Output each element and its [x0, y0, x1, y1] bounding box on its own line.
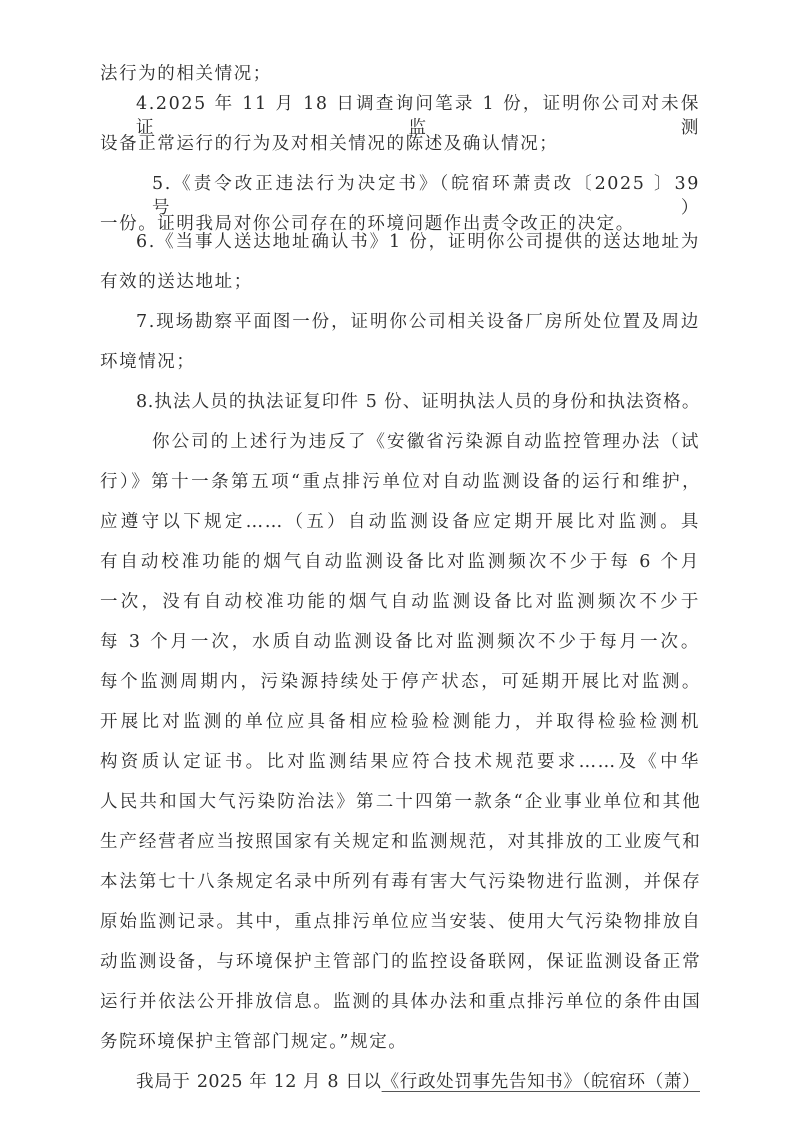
violation-paragraph-line: 本法第七十八条规定名录中所列有毒有害大气污染物进行监测，并保存	[100, 870, 700, 894]
violation-paragraph-line: 你公司的上述行为违反了《安徽省污染源自动监控管理办法（试	[152, 430, 700, 454]
violation-paragraph-line: 运行并依法公开排放信息。监测的具体办法和重点排污单位的条件由国	[100, 990, 700, 1014]
violation-paragraph-line: 人民共和国大气污染防治法》第二十四第一款条“企业事业单位和其他	[100, 790, 700, 814]
violation-paragraph-line: 一次，没有自动校准功能的烟气自动监测设备比对监测频次不少于	[100, 590, 700, 614]
violation-paragraph-line: 原始监测记录。其中，重点排污单位应当安装、使用大气污染物排放自	[100, 910, 700, 934]
notice-date-text: 我局于 2025 年 12 月 8 日以	[136, 1072, 382, 1092]
violation-paragraph-line: 构资质认定证书。比对监测结果应符合技术规范要求……及《中华	[100, 750, 700, 774]
violation-paragraph-line: 应遵守以下规定……（五）自动监测设备应定期开展比对监测。具	[100, 510, 700, 534]
notice-paragraph-line-1: 我局于 2025 年 12 月 8 日以《行政处罚事先告知书》（皖宿环（萧）	[136, 1070, 700, 1094]
violation-paragraph-line: 开展比对监测的单位应具备相应检验检测能力，并取得检验检测机	[100, 710, 700, 734]
evidence-item-6-line-1: 6.《当事人送达地址确认书》1 份，证明你公司提供的送达地址为	[136, 230, 700, 254]
violation-paragraph-line: 每 3 个月一次，水质自动监测设备比对监测频次不少于每月一次。	[100, 630, 700, 654]
violation-paragraph-line: 行）》第十一条第五项“重点排污单位对自动监测设备的运行和维护，	[100, 470, 700, 494]
document-page: 法行为的相关情况； 4.2025 年 11 月 18 日调查询问笔录 1 份，证…	[0, 0, 793, 1121]
violation-paragraph-line: 动监测设备，与环境保护主管部门的监控设备联网，保证监测设备正常	[100, 950, 700, 974]
violation-paragraph-line: 有自动校准功能的烟气自动监测设备比对监测频次不少于每 6 个月	[100, 550, 700, 574]
violation-paragraph-line: 务院环境保护主管部门规定。”规定。	[100, 1030, 700, 1054]
notice-document-title: 《行政处罚事先告知书》（皖宿环（萧）	[382, 1072, 700, 1092]
evidence-item-6-line-2: 有效的送达地址；	[100, 270, 700, 294]
evidence-item-8-line: 8.执法人员的执法证复印件 5 份、证明执法人员的身份和执法资格。	[136, 390, 700, 414]
evidence-item-4-line-2: 设备正常运行的行为及对相关情况的陈述及确认情况；	[100, 132, 700, 156]
violation-paragraph-line: 每个监测周期内，污染源持续处于停产状态，可延期开展比对监测。	[100, 670, 700, 694]
violation-paragraph-line: 生产经营者应当按照国家有关规定和监测规范，对其排放的工业废气和	[100, 830, 700, 854]
evidence-item-7-line-2: 环境情况；	[100, 350, 700, 374]
evidence-item-7-line-1: 7.现场勘察平面图一份，证明你公司相关设备厂房所处位置及周边	[136, 310, 700, 334]
text-line: 法行为的相关情况；	[100, 62, 700, 86]
